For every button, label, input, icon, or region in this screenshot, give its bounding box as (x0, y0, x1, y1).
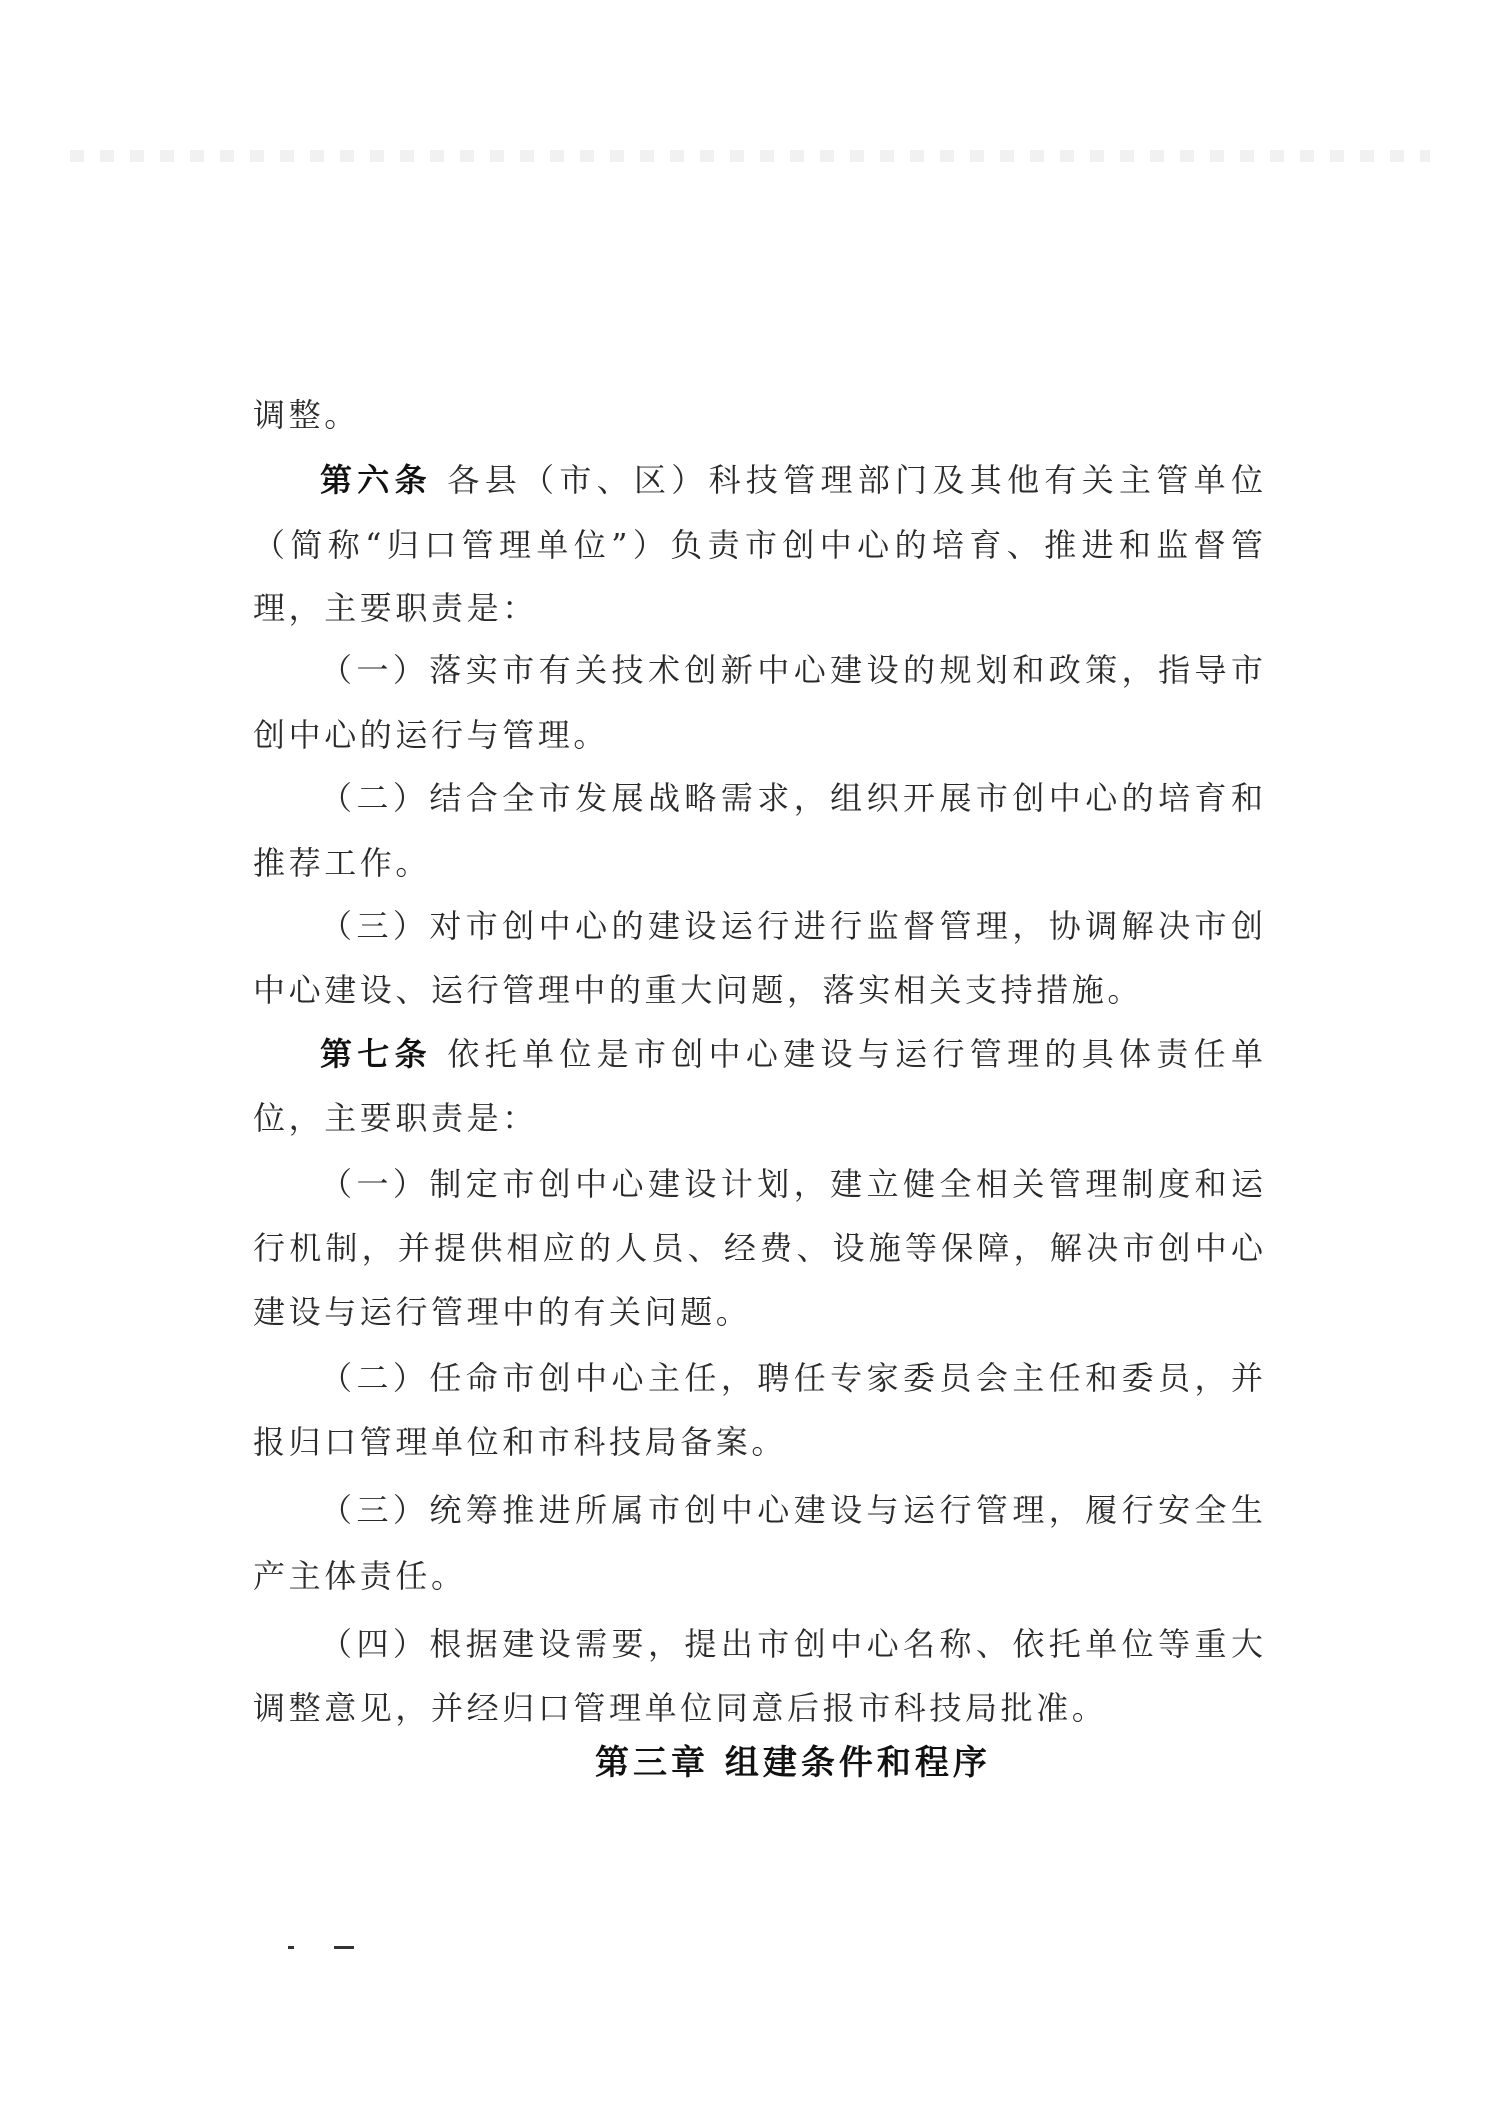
text-line: 产主体责任。 (253, 1556, 1263, 1596)
article-label: 第七条 (320, 1035, 432, 1073)
text-line: 创中心的运行与管理。 (253, 715, 1263, 755)
text-line: （三）统筹推进所属市创中心建设与运行管理，履行安全生 (320, 1490, 1263, 1530)
text-line: （一）制定市创中心建设计划，建立健全相关管理制度和运 (320, 1164, 1263, 1204)
text-line: （二）任命市创中心主任，聘任专家委员会主任和委员，并 (320, 1358, 1263, 1398)
article-7-line-1: 第七条 依托单位是市创中心建设与运行管理的具体责任单 (320, 1034, 1263, 1074)
article-label: 第六条 (320, 461, 432, 499)
document-page: 调整。 第六条 各县（市、区）科技管理部门及其他有关主管单位 （简称“归口管理单… (0, 0, 1487, 2105)
text-segment: 依托单位是市创中心建设与运行管理的具体责任单 (447, 1035, 1263, 1073)
scan-artifact-strip (70, 150, 1430, 162)
text-line: 调整。 (253, 395, 1263, 435)
text-segment: 各县（市、区）科技管理部门及其他有关主管单位 (447, 461, 1263, 499)
text-line: 推荐工作。 (253, 843, 1263, 883)
text-line: 中心建设、运行管理中的重大问题，落实相关支持措施。 (253, 970, 1263, 1010)
text-line: 理，主要职责是： (253, 588, 1263, 628)
article-6-line-1: 第六条 各县（市、区）科技管理部门及其他有关主管单位 (320, 460, 1263, 500)
text-line: 位，主要职责是： (253, 1098, 1263, 1138)
text-line: （三）对市创中心的建设运行进行监督管理，协调解决市创 (320, 906, 1263, 946)
footer-page-number-mark (334, 1946, 354, 1949)
text-line: 行机制，并提供相应的人员、经费、设施等保障，解决市创中心 (253, 1228, 1263, 1268)
text-line: （简称“归口管理单位”）负责市创中心的培育、推进和监督管 (253, 525, 1263, 565)
text-line: （一）落实市有关技术创新中心建设的规划和政策，指导市 (320, 650, 1263, 690)
text-line: （四）根据建设需要，提出市创中心名称、依托单位等重大 (320, 1624, 1263, 1664)
chapter-heading: 第三章 组建条件和程序 (595, 1742, 991, 1784)
text-line: 建设与运行管理中的有关问题。 (253, 1292, 1263, 1332)
footer-dash-mark (288, 1946, 294, 1949)
text-line: 报归口管理单位和市科技局备案。 (253, 1422, 1263, 1462)
text-line: 调整意见，并经归口管理单位同意后报市科技局批准。 (253, 1688, 1263, 1728)
text-line: （二）结合全市发展战略需求，组织开展市创中心的培育和 (320, 778, 1263, 818)
